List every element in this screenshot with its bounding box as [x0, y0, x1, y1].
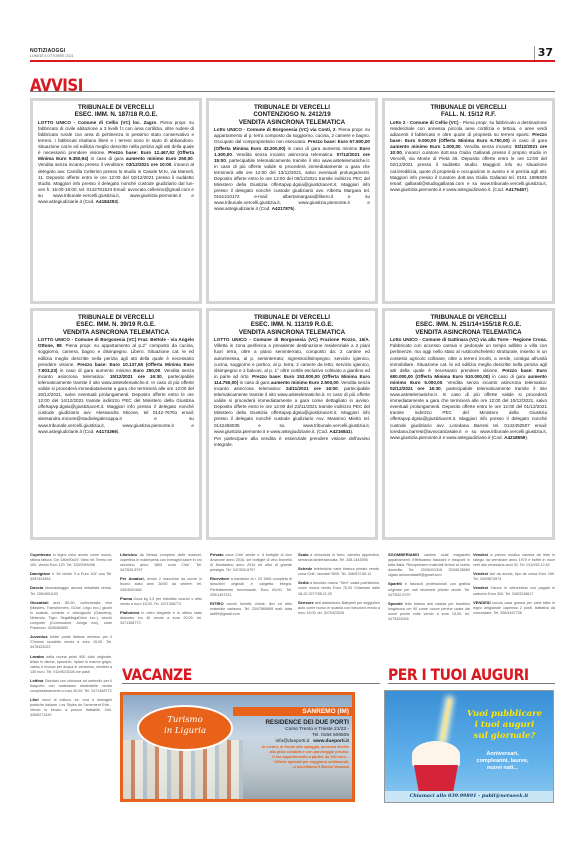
section-rule: [122, 683, 380, 684]
ad-contact-footer: Chiamaci allo 039.99891 - publi@netweek.…: [385, 791, 553, 802]
classified-item: Per Amatori, vendo 2 macchine da cucire …: [120, 576, 202, 592]
notice-title: TRIBUNALE DI VERCELLI: [390, 104, 547, 111]
notice-text: Lotto UNICO - Comune di Borgosesia (VC) …: [214, 127, 370, 212]
classified-item: Schede telefoniche varie tiratura privat…: [298, 566, 380, 577]
publication-date: LUNEDÌ 4 OTTOBRE 2021: [30, 54, 73, 58]
notice-subtitle: ESEC. IMM. N. 113/19 R.G.E.: [214, 321, 370, 328]
classifieds-column: SGOMBERIAMO cantine solai magazzini appa…: [388, 552, 470, 625]
classified-item: Sponde letto bianca anti caduta per bamb…: [388, 601, 470, 622]
notice-title: TRIBUNALE DI VERCELLI: [38, 104, 194, 111]
notice-title: TRIBUNALE DI VERCELLI: [214, 314, 370, 321]
ad-residence-due-porti[interactable]: Turismo in Liguria SANREMO (IM) RESIDENC…: [120, 692, 355, 802]
notice-subtitle: VENDITA ASINCRONA TELEMATICA: [214, 329, 370, 336]
notice-title: TRIBUNALE DI VERCELLI: [390, 314, 547, 321]
residence-website[interactable]: www.dueporti.it: [313, 739, 349, 744]
classified-item: Lavabo della nonna primi 900 tutto origi…: [30, 654, 112, 675]
classified-item: Spartiti e fascicoli professionali con g…: [388, 581, 470, 597]
classified-item: Scala a chiocciola in ferro, carnello ap…: [298, 552, 380, 563]
classified-item: Piuma d'oca kg 3,5 per imbottire cuscini…: [120, 596, 202, 607]
notice-subtitle: ESEC. IMM. N. 187/18 R.G.E.: [38, 111, 194, 118]
promo-line: ...e accettiamo il Bonus Vacanza: [199, 765, 349, 770]
notice-text: LOTTO UNICO - Comune di Cellio (VC) loc.…: [38, 120, 194, 205]
notice-box: TRIBUNALE DI VERCELLI ESEC. IMM. N. 113/…: [206, 308, 378, 540]
classified-item: Sensore anti abbandono Babybell per segg…: [298, 600, 380, 616]
classified-item: Lettino Giordani con chiusura ad ombrell…: [30, 678, 112, 694]
classified-item: Vendesi Canoa in vetroresina con pagaia …: [473, 585, 555, 596]
notice-subtitle: VENDITA ASINCRONA TELEMATICA: [214, 119, 370, 126]
page-number-divider: [534, 46, 535, 60]
classified-item: Giocattoli anni 80-90, collezionista min…: [30, 600, 112, 632]
notice-text: Lotto 2 - Comune di Cellio (VC) - Piena …: [390, 120, 547, 193]
notice-subtitle: CONTENZIOSO N. 2412/19: [214, 111, 370, 118]
notice-title: TRIBUNALE DI VERCELLI: [214, 104, 370, 111]
notice-subtitle: ESEC. IMM. N. 39/19 R.G.E.: [38, 321, 194, 328]
notice-box: TRIBUNALE DI VERCELLI ESEC. IMM. N. 187/…: [30, 98, 202, 304]
classified-item: Copriterмо in legno color avorio come nu…: [30, 552, 112, 568]
classifieds-column: Scala a chiocciola in ferro, carnello ap…: [298, 552, 380, 619]
notice-box: TRIBUNALE DI VERCELLI ESEC. IMM. N. 39/1…: [30, 308, 202, 540]
classified-item: Damigiane h. 54 vendo 3 a Euro 10/l' una…: [30, 571, 112, 582]
ad-occasions: Anniversari, compleanni, lauree, nuovi n…: [460, 751, 545, 772]
classified-item: Ricevitore a transistor A/ r 20 1960 com…: [210, 576, 292, 597]
notice-box: TRIBUNALE DI VERCELLI FALL. N. 15/12 R.F…: [382, 98, 555, 304]
classified-item: Juventus folder poste italiane emesso pe…: [30, 634, 112, 650]
classified-item: Privato zona Cirie' vende n. 6 bottiglie…: [210, 552, 292, 573]
cupcake-icon: [410, 741, 462, 796]
section-title-auguri: PER I TUOI AUGURI: [388, 666, 529, 684]
classified-item: Libricino da Messa completo delle orazio…: [120, 552, 202, 573]
classified-item: SGOMBERIAMO cantine solai magazzini appa…: [388, 552, 470, 578]
ad-auguri[interactable]: Vuoi pubblicare i tuoi auguri sul giorna…: [384, 690, 554, 803]
notice-text: Lotto UNICO - Comune di Gattinara (VC) v…: [390, 337, 547, 441]
classifieds-column: Libricino da Messa completo delle orazio…: [120, 552, 202, 629]
classified-item: VENDESI cuccia casa grossa per cane fatt…: [473, 600, 555, 616]
classified-item: RITIRO vecchi fumetti, riviste, libri ed…: [210, 601, 292, 617]
ad-location-banner: SANREMO (IM): [233, 707, 352, 716]
residence-email[interactable]: info@dueporti.it: [276, 739, 310, 744]
classified-item: Sedia a dondolo marca "Sevi" usata pochi…: [298, 580, 380, 596]
newspaper-page: NOTIZIAOGGI LUNEDÌ 4 OTTOBRE 2021 37 AVV…: [30, 0, 555, 842]
header-rule: [30, 60, 555, 62]
notice-subtitle: VENDITA ASINCRONA TELEMATICA: [390, 329, 547, 336]
notice-text: LOTTO UNICO - Comune di Borgosesia (VC) …: [38, 337, 194, 435]
classified-item: Libri nuovi di cultura, es. voci e immag…: [30, 697, 112, 718]
section-rule: [388, 683, 555, 684]
residence-name: RESIDENCE DEI DUE PORTI: [199, 719, 349, 727]
section-title-vacanze: VACANZE: [122, 666, 192, 684]
notice-text: LOTTO UNICO - Comune di Borgosesia (VC) …: [214, 337, 370, 435]
classified-item: Vendesi bici da donna, tipo da corsa Eur…: [473, 571, 555, 582]
page-number: 37: [538, 46, 553, 59]
classified-item: Doccia idromassaggio ancora imballata ve…: [30, 585, 112, 596]
ad-question: Vuoi pubblicare i tuoi auguri sul giorna…: [462, 709, 547, 742]
notice-subtitle: ESEC. IMM. N. 251/14+155/18 R.G.E.: [390, 321, 547, 328]
classifieds-column: Privato zona Cirie' vende n. 6 bottiglie…: [210, 552, 292, 620]
notice-subtitle: FALL. N. 15/12 R.F.: [390, 111, 547, 118]
classified-item: Vendesi a prezzo modico camera da letto …: [473, 552, 555, 568]
sparkler-icon: [441, 699, 450, 741]
section-title-avvisi: AVVISI: [30, 75, 83, 96]
notice-box: TRIBUNALE DI VERCELLI CONTENZIOSO N. 241…: [206, 98, 378, 304]
classifieds-column: Copriterмо in legno color avorio come nu…: [30, 552, 112, 722]
notice-title: TRIBUNALE DI VERCELLI: [38, 314, 194, 321]
classified-item: Plafoniera in vetro elegante e in ottimo…: [120, 610, 202, 626]
notice-note: Per partecipare alla vendita è essenzial…: [214, 436, 370, 448]
notice-box: TRIBUNALE DI VERCELLI ESEC. IMM. N. 251/…: [382, 308, 555, 540]
section-rule: [30, 91, 555, 92]
notice-subtitle: VENDITA ASINCRONA TELEMATICA: [38, 329, 194, 336]
ad-contact-info: RESIDENCE DEI DUE PORTI Corso Trento e T…: [199, 719, 349, 770]
classifieds-column: Vendesi a prezzo modico camera da letto …: [473, 552, 555, 619]
